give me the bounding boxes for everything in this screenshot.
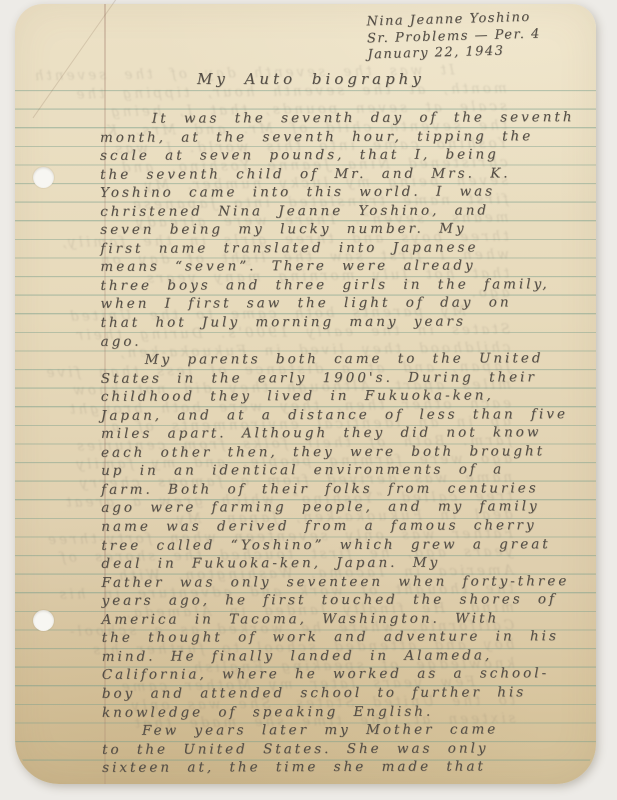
essay-date: January 22, 1943 xyxy=(367,43,541,64)
handwritten-line: miles apart. Although they did not know xyxy=(101,423,587,443)
handwritten-line: name was derived from a famous cherry xyxy=(101,516,587,536)
handwritten-line: christened Nina Jeanne Yoshino, and xyxy=(100,201,586,221)
handwritten-line: California, where he worked as a school- xyxy=(102,665,588,685)
handwritten-line: Yoshino came into this world. I was xyxy=(100,182,586,202)
handwritten-line: three boys and three girls in the family… xyxy=(100,275,586,295)
handwritten-line: It was the seventh day of the seventh xyxy=(100,108,586,128)
notebook-page: It was the seventh day of the seventhmon… xyxy=(15,4,596,784)
handwritten-line: Father was only seventeen when forty-thr… xyxy=(101,572,587,592)
heading-block: Nina Jeanne Yoshino Sr. Problems — Per. … xyxy=(366,10,541,64)
handwritten-line: when I first saw the light of day on xyxy=(100,294,586,314)
handwritten-line: up in an identical environments of a xyxy=(101,461,587,481)
handwritten-line: years ago, he first touched the shores o… xyxy=(102,590,588,610)
handwritten-line: ago. xyxy=(101,331,587,351)
handwritten-line: the thought of work and adventure in his xyxy=(102,627,588,647)
handwritten-line: States in the early 1900's. During their xyxy=(101,368,587,388)
handwritten-line: sixteen at, the time she made that xyxy=(102,757,588,777)
handwritten-line: first name translated into Japanese xyxy=(100,238,586,258)
punch-hole-top xyxy=(33,167,54,188)
handwritten-line: means “seven”. There were already xyxy=(100,257,586,277)
handwritten-line: month, at the seventh hour, tipping the xyxy=(100,127,586,147)
handwritten-line: to the United States. She was only xyxy=(102,739,588,759)
handwritten-line: Few years later my Mother came xyxy=(102,720,588,740)
handwritten-line: boy and attended school to further his xyxy=(102,683,588,703)
handwritten-line: that hot July morning many years xyxy=(101,312,587,332)
handwritten-line: Japan, and at a distance of less than fi… xyxy=(101,405,587,425)
punch-hole-bottom xyxy=(33,610,54,631)
handwritten-line: tree called “Yoshino” which grew a great xyxy=(101,535,587,555)
handwritten-line: scale at seven pounds, that I, being xyxy=(100,145,586,165)
handwritten-line: farm. Both of their folks from centuries xyxy=(101,479,587,499)
handwritten-line: childhood they lived in Fukuoka-ken, xyxy=(101,386,587,406)
essay-body: It was the seventh day of the seventhmon… xyxy=(100,108,588,777)
handwritten-line: mind. He finally landed in Alameda, xyxy=(102,646,588,666)
handwritten-line: seven being my lucky number. My xyxy=(100,219,586,239)
essay-title: My Auto biography xyxy=(197,70,425,88)
handwritten-line: deal in Fukuoka-ken, Japan. My xyxy=(101,553,587,573)
handwritten-line: each other then, they were both brought xyxy=(101,442,587,462)
handwritten-line: ago were farming people, and my family xyxy=(101,498,587,518)
handwritten-line: knowledge of speaking English. xyxy=(102,702,588,722)
handwritten-line: My parents both came to the United xyxy=(101,349,587,369)
handwritten-line: the seventh child of Mr. and Mrs. K. xyxy=(100,164,586,184)
handwritten-line: America in Tacoma, Washington. With xyxy=(102,609,588,629)
